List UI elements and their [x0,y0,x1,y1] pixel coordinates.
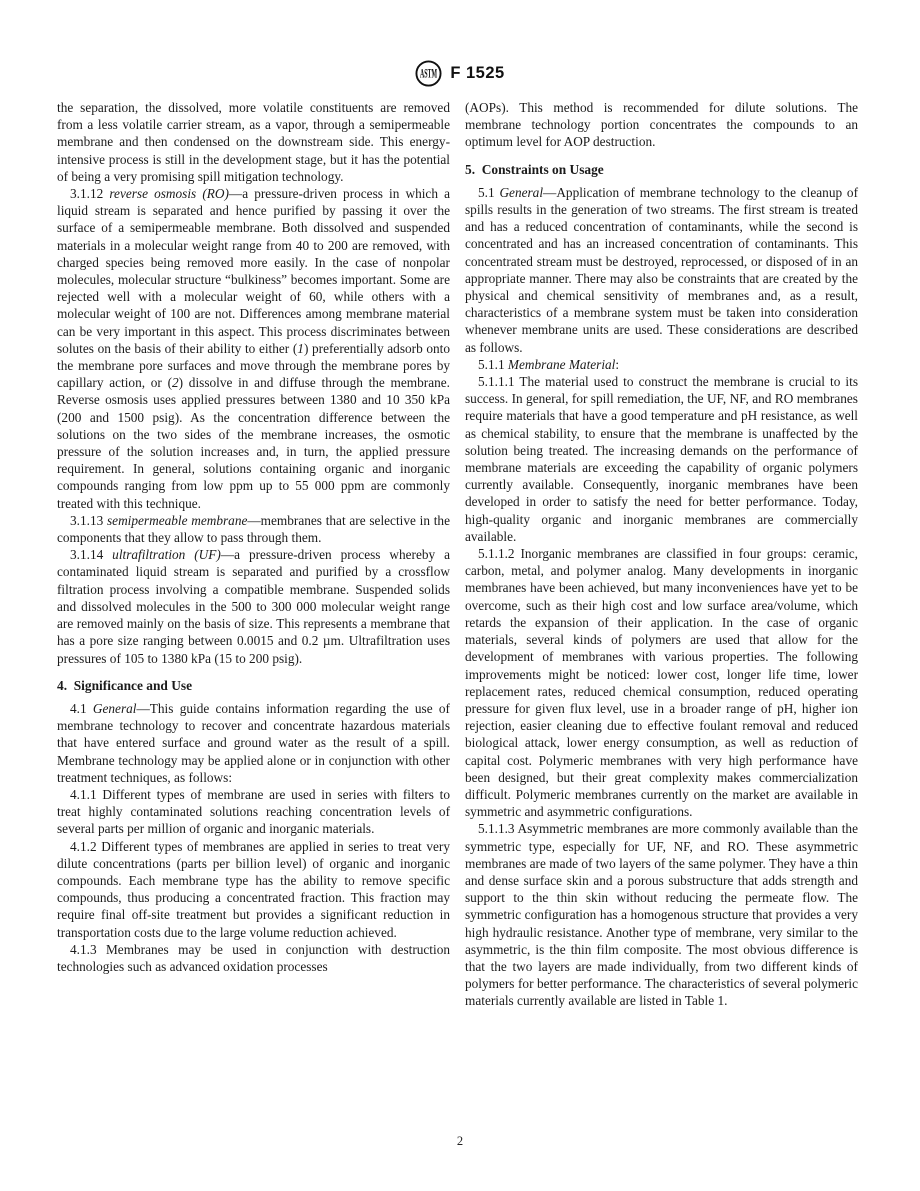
text-segment: 4.1 [70,701,93,716]
text-segment: reverse osmosis (RO) [109,186,229,201]
paragraph-3-1-14: 3.1.14 ultrafiltration (UF)—a pressure-d… [57,546,450,666]
astm-logo-icon: ASTM [415,60,442,87]
paragraph-3-1-12: 3.1.12 reverse osmosis (RO)—a pressure-d… [57,185,450,512]
text-segment: 4.1.2 Different types of membranes are a… [57,839,450,940]
text-segment: 3.1.13 [70,513,107,528]
text-segment: 5.1.1.3 Asymmetric membranes are more co… [465,821,858,1008]
text-segment: General [499,185,543,200]
paragraph-5-1-1-2: 5.1.1.2 Inorganic membranes are classifi… [465,545,858,820]
text-segment: —a pressure-driven process whereby a con… [57,547,450,665]
text-segment: 1 [297,341,304,356]
text-segment: 3.1.12 [70,186,109,201]
paragraph-5-1-1: 5.1.1 Membrane Material: [465,356,858,373]
text-segment: 5.1.1.1 The material used to construct t… [465,374,858,544]
paragraph-5-1-1-3: 5.1.1.3 Asymmetric membranes are more co… [465,820,858,1009]
paragraph-4-1-1: 4.1.1 Different types of membrane are us… [57,786,450,838]
text-segment: 4.1.1 Different types of membrane are us… [57,787,450,836]
text-columns: the separation, the dissolved, more vola… [0,99,920,1010]
paragraph-3-1-11-continued: the separation, the dissolved, more vola… [57,99,450,185]
document-page: ASTM F 1525 the separation, the dissolve… [0,0,920,1191]
text-segment: the separation, the dissolved, more vola… [57,100,450,184]
paragraph-4-1-3: 4.1.3 Membranes may be used in conjuncti… [57,941,450,975]
text-segment: 4.1.3 Membranes may be used in conjuncti… [57,942,450,974]
paragraph-4-1-3-continued: (AOPs). This method is recommended for d… [465,99,858,151]
text-segment: 4. Significance and Use [57,678,192,693]
page-header: ASTM F 1525 [0,0,920,87]
paragraph-4-1: 4.1 General—This guide contains informat… [57,700,450,786]
text-segment: 5.1 [478,185,499,200]
paragraph-4-1-2: 4.1.2 Different types of membranes are a… [57,838,450,941]
paragraph-5-1-1-1: 5.1.1.1 The material used to construct t… [465,373,858,545]
text-segment: General [93,701,137,716]
text-segment: 2 [172,375,179,390]
text-segment: —Application of membrane technology to t… [465,185,858,355]
svg-text:ASTM: ASTM [420,66,437,80]
section-5-heading: 5. Constraints on Usage [465,161,858,178]
text-segment: : [615,357,619,372]
left-column: the separation, the dissolved, more vola… [57,99,450,1010]
paragraph-3-1-13: 3.1.13 semipermeable membrane—membranes … [57,512,450,546]
document-number: F 1525 [450,64,504,83]
text-segment: 5.1.1 [478,357,508,372]
text-segment: 5. Constraints on Usage [465,162,604,177]
text-segment: (AOPs). This method is recommended for d… [465,100,858,149]
text-segment: 3.1.14 [70,547,112,562]
page-number: 2 [457,1134,463,1148]
page-footer: 2 [0,1134,920,1149]
text-segment: ) dissolve in and diffuse through the me… [57,375,450,510]
text-segment: 5.1.1.2 Inorganic membranes are classifi… [465,546,858,819]
text-segment: semipermeable membrane [107,513,247,528]
text-segment: Membrane Material [508,357,615,372]
paragraph-5-1: 5.1 General—Application of membrane tech… [465,184,858,356]
text-segment: ultrafiltration (UF) [112,547,221,562]
right-column: (AOPs). This method is recommended for d… [465,99,858,1010]
text-segment: —a pressure-driven process in which a li… [57,186,450,356]
section-4-heading: 4. Significance and Use [57,677,450,694]
